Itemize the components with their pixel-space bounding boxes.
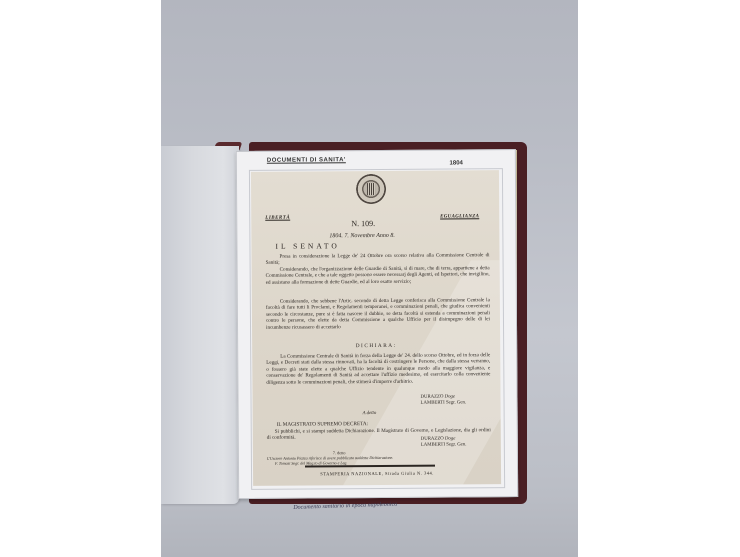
seal-emblem-icon: [356, 174, 386, 204]
declaration-text: La Commissione Centrale di Sanità in for…: [266, 352, 490, 386]
decree-line: IL MAGISTRATO SUPREMO DECRETA:: [277, 421, 368, 428]
paragraph: Considerando, che l'organizzazione delle…: [266, 265, 490, 286]
sleeve-year: 1804: [450, 160, 463, 166]
signature-doge: DURAZZO Doge LAMBERTI Segr. Gen.: [420, 394, 466, 406]
paragraph: Presa in considerazione la Legge de' 24 …: [266, 252, 490, 266]
paragraph: Considerando, che sebbene l'Artic. secon…: [266, 297, 490, 331]
sleeve-header-label: DOCUMENTI DI SANITA': [267, 157, 346, 164]
signature-doge-2: DURAZZO Doge LAMBERTI Segr. Gen.: [421, 436, 467, 448]
table-surface: [161, 500, 578, 557]
decree-title: IL SENATO: [275, 243, 339, 250]
printed-decree: LIBERTÀ EGUAGLIANZA N. 109. 1804. 7. Nov…: [251, 170, 501, 486]
decree-number: N. 109.: [351, 221, 375, 228]
a-detto: A detto: [363, 411, 377, 417]
plastic-sleeve: DOCUMENTI DI SANITA' 1804 LIBERTÀ EGUAGL…: [236, 149, 518, 499]
decree-date: 1804. 7. Novembre Anno 8.: [329, 233, 395, 240]
motto-right: EGUAGLIANZA: [440, 214, 479, 221]
document-photo: DOCUMENTI DI SANITA' 1804 LIBERTÀ EGUAGL…: [161, 0, 578, 557]
motto-left: LIBERTÀ: [265, 216, 290, 223]
binder-left-cover: [161, 146, 239, 504]
